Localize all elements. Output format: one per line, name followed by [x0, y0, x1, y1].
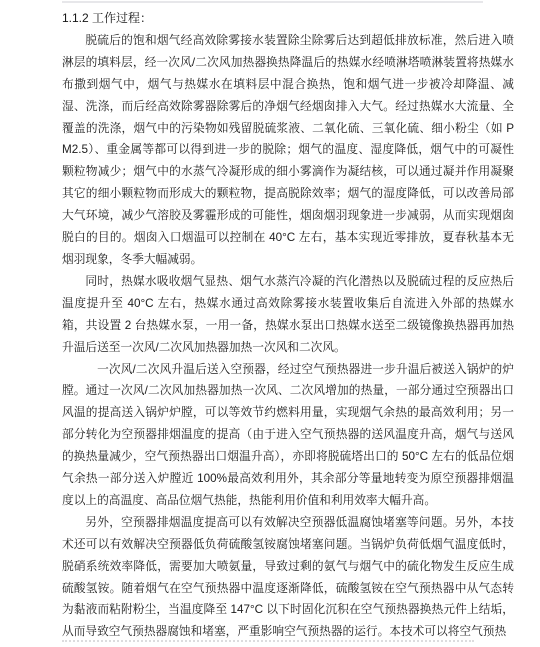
- page-text-block: 1.1.2 工作过程： 脱硫后的饱和烟气经高效除雾接水装置除尘除雾后达到超低排放…: [62, 8, 514, 643]
- body-paragraph-1: 脱硫后的饱和烟气经高效除雾接水装置除尘除雾后达到超低排放标准，然后进入喷淋层的填…: [62, 30, 514, 271]
- body-paragraph-4: 另外，空预器排烟温度提高可以有效解决空预器低温腐蚀堵塞等问题。另外，本技术还可以…: [62, 512, 514, 643]
- body-paragraph-2: 同时，热媒水吸收烟气显热、烟气水蒸汽冷凝的汽化潜热以及脱硫过程的反应热后温度提升…: [62, 271, 514, 359]
- previous-line-cutoff-sliver: [62, 1, 483, 3]
- body-paragraph-3: 一次风/二次风升温后送入空预器，经过空气预热器进一步升温后被送入锅炉的炉膛。通过…: [62, 359, 514, 512]
- document-page: 1.1.2 工作过程： 脱硫后的饱和烟气经高效除雾接水装置除尘除雾后达到超低排放…: [0, 0, 540, 647]
- section-heading: 1.1.2 工作过程：: [62, 8, 514, 30]
- next-line-cutoff-sliver: [62, 640, 474, 642]
